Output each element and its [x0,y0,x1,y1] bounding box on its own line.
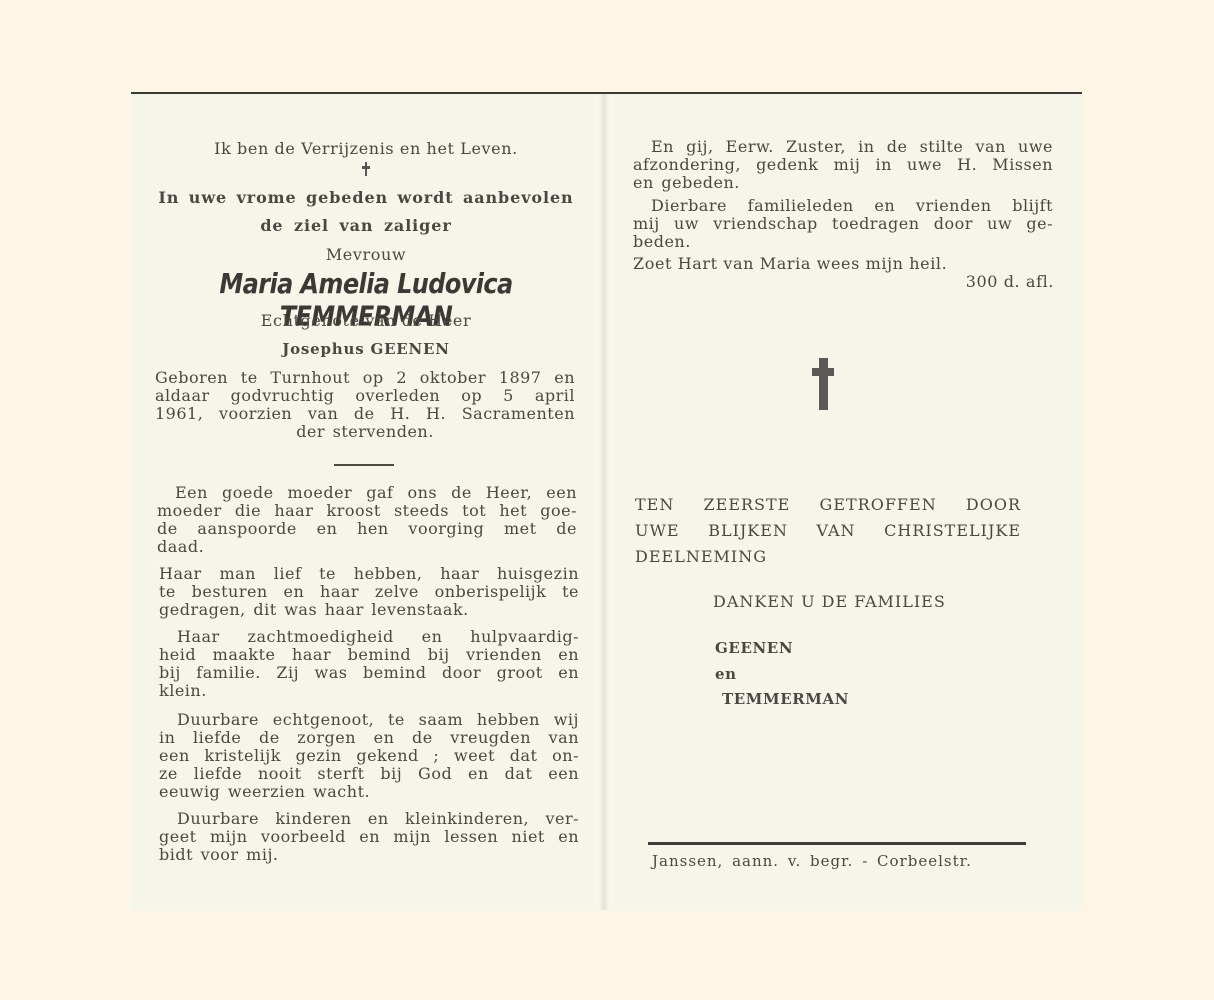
paragraph-life-task: Haar man lief te hebben, haar huisgezin … [159,565,579,619]
scripture-quote: Ik ben de Verrijzenis en het Leven. [131,140,601,158]
paragraph-line: Haar man lief te hebben, haar huisgezin [159,565,579,583]
small-cross-icon [361,162,371,176]
biography: Geboren te Turnhout op 2 oktober 1897 en… [155,369,575,441]
memorial-card: Ik ben de Verrijzenis en het Leven. In u… [131,92,1082,910]
paragraph-line: klein. [159,682,579,700]
thanks-line: TEN ZEERSTE GETROFFEN DOOR [635,492,1021,518]
paragraph-line: te besturen en haar zelve onberispelijk … [159,583,579,601]
paragraph-line: beden. [633,233,1053,251]
left-panel: Ik ben de Verrijzenis en het Leven. In u… [131,94,601,910]
paragraph-children: Duurbare kinderen en kleinkinderen, ver-… [159,810,579,864]
paragraph-family-friends: Dierbare familieleden en vrienden blijft… [633,197,1053,251]
family-joiner: en [715,665,737,683]
paragraph-line: bidt voor mij. [159,846,579,864]
paragraph-sister: En gij, Eerw. Zuster, in de stilte van u… [633,138,1053,192]
family-name-2: TEMMERMAN [722,690,849,708]
thanks-line: DEELNEMING [635,544,1021,570]
paragraph-line: daad. [157,538,577,556]
thanks-families-label: DANKEN U DE FAMILIES [713,593,946,611]
paragraph-line: moeder die haar kroost steeds tot het go… [157,502,577,520]
spouse-name: Josephus GEENEN [131,340,601,358]
paragraph-line: een kristelijk gezin gekend ; weet dat o… [159,747,579,765]
paragraph-spouse: Duurbare echtgenoot, te saam hebben wij … [159,711,579,801]
printer-credit: Janssen, aann. v. begr. - Corbeelstr. [652,852,972,870]
paragraph-line: Duurbare kinderen en kleinkinderen, ver- [159,810,579,828]
paragraph-line: geet mijn voorbeeld en mijn lessen niet … [159,828,579,846]
thanks-line: UWE BLIJKEN VAN CHRISTELIJKE [635,518,1021,544]
paragraph-line: bij familie. Zij was bemind door groot e… [159,664,579,682]
large-cross-icon [812,358,834,410]
paragraph-line: ze liefde nooit sterft bij God en dat ee… [159,765,579,783]
paragraph-line: en gebeden. [633,174,1053,192]
biography-line: 1961, voorzien van de H. H. Sacramenten [155,405,575,423]
thanks-message: TEN ZEERSTE GETROFFEN DOOR UWE BLIJKEN V… [635,492,1021,570]
right-panel: En gij, Eerw. Zuster, in de stilte van u… [609,94,1082,910]
footer-rule [648,842,1026,845]
paragraph-mother: Een goede moeder gaf ons de Heer, een mo… [157,484,577,556]
paragraph-line: eeuwig weerzien wacht. [159,783,579,801]
paragraph-line: Dierbare familieleden en vrienden blijft [633,197,1053,215]
paragraph-line: de aanspoorde en hen voorging met de [157,520,577,538]
family-name-1: GEENEN [715,639,793,657]
paragraph-line: En gij, Eerw. Zuster, in de stilte van u… [633,138,1053,156]
paragraph-line: in liefde de zorgen en de vreugden van [159,729,579,747]
paragraph-line: Een goede moeder gaf ons de Heer, een [157,484,577,502]
biography-line: aldaar godvruchtig overleden op 5 april [155,387,575,405]
biography-line: Geboren te Turnhout op 2 oktober 1897 en [155,369,575,387]
paragraph-gentleness: Haar zachtmoedigheid en hulpvaardig- hei… [159,628,579,700]
prayer-intro-line-1: In uwe vrome gebeden wordt aanbevolen [131,189,601,207]
paragraph-line: gedragen, dit was haar levenstaak. [159,601,579,619]
paragraph-line: Duurbare echtgenoot, te saam hebben wij [159,711,579,729]
invocation: Zoet Hart van Maria wees mijn heil. [633,255,947,273]
indulgence-note: 300 d. afl. [966,273,1054,291]
paragraph-line: afzondering, gedenk mij in uwe H. Missen [633,156,1053,174]
paragraph-line: heid maakte haar bemind bij vrienden en [159,646,579,664]
prayer-intro-line-2: de ziel van zaliger [121,217,591,235]
paragraph-line: mij uw vriendschap toedragen door uw ge- [633,215,1053,233]
biography-line: der stervenden. [155,423,575,441]
paragraph-line: Haar zachtmoedigheid en hulpvaardig- [159,628,579,646]
honorific-title: Mevrouw [131,246,601,264]
section-divider [334,464,394,466]
spouse-label: Echtgenote van de Heer [131,312,601,330]
